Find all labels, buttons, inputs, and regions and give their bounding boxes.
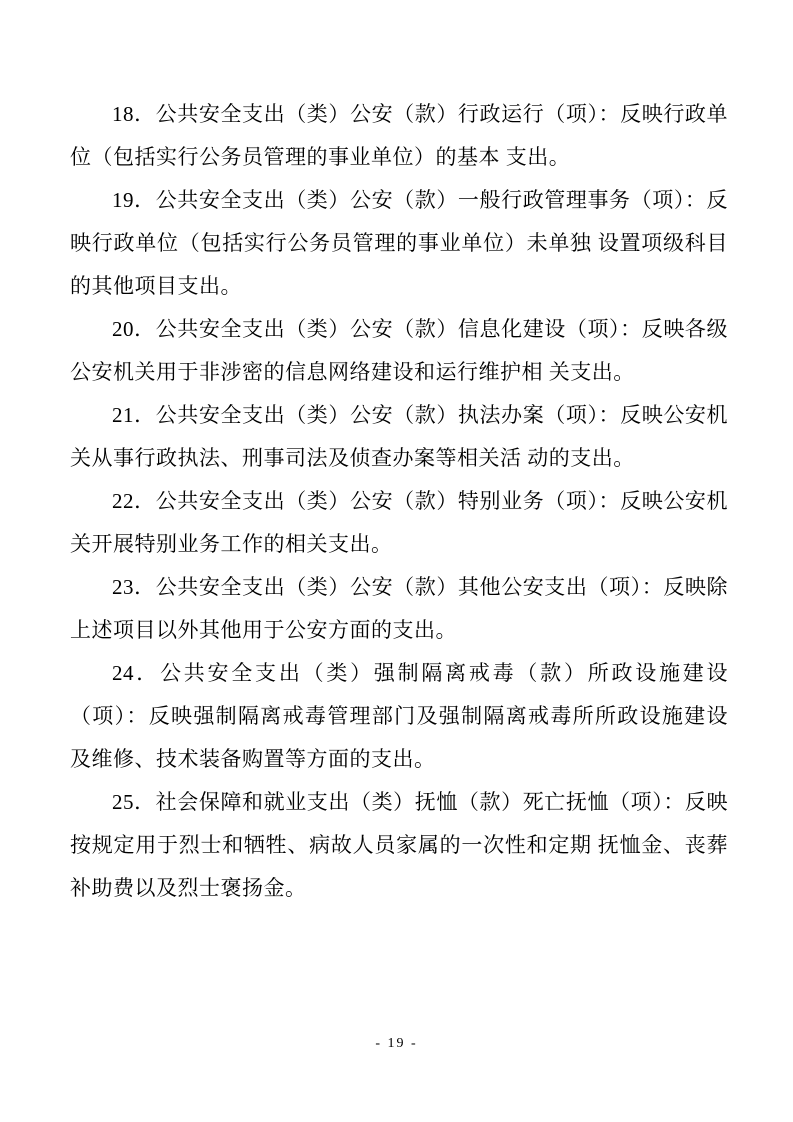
paragraph-item-18: 18．公共安全支出（类）公安（款）行政运行（项）：反映行政单位（包括实行公务员管… [70, 93, 728, 179]
paragraph-item-22: 22．公共安全支出（类）公安（款）特别业务（项）：反映公安机关开展特别业务工作的… [70, 480, 728, 566]
paragraph-item-24: 24．公共安全支出（类）强制隔离戒毒（款）所政设施建设（项）：反映强制隔离戒毒管… [70, 652, 728, 781]
paragraph-item-25: 25．社会保障和就业支出（类）抚恤（款）死亡抚恤（项）：反映按规定用于烈士和牺牲… [70, 781, 728, 910]
document-body-text: 18．公共安全支出（类）公安（款）行政运行（项）：反映行政单位（包括实行公务员管… [70, 93, 728, 910]
paragraph-item-23: 23．公共安全支出（类）公安（款）其他公安支出（项）：反映除上述项目以外其他用于… [70, 566, 728, 652]
document-page: 18．公共安全支出（类）公安（款）行政运行（项）：反映行政单位（包括实行公务员管… [0, 0, 793, 1122]
page-number: - 19 - [0, 1034, 793, 1054]
paragraph-item-20: 20．公共安全支出（类）公安（款）信息化建设（项）：反映各级公安机关用于非涉密的… [70, 308, 728, 394]
paragraph-item-19: 19．公共安全支出（类）公安（款）一般行政管理事务（项）：反映行政单位（包括实行… [70, 179, 728, 308]
paragraph-item-21: 21．公共安全支出（类）公安（款）执法办案（项）：反映公安机关从事行政执法、刑事… [70, 394, 728, 480]
